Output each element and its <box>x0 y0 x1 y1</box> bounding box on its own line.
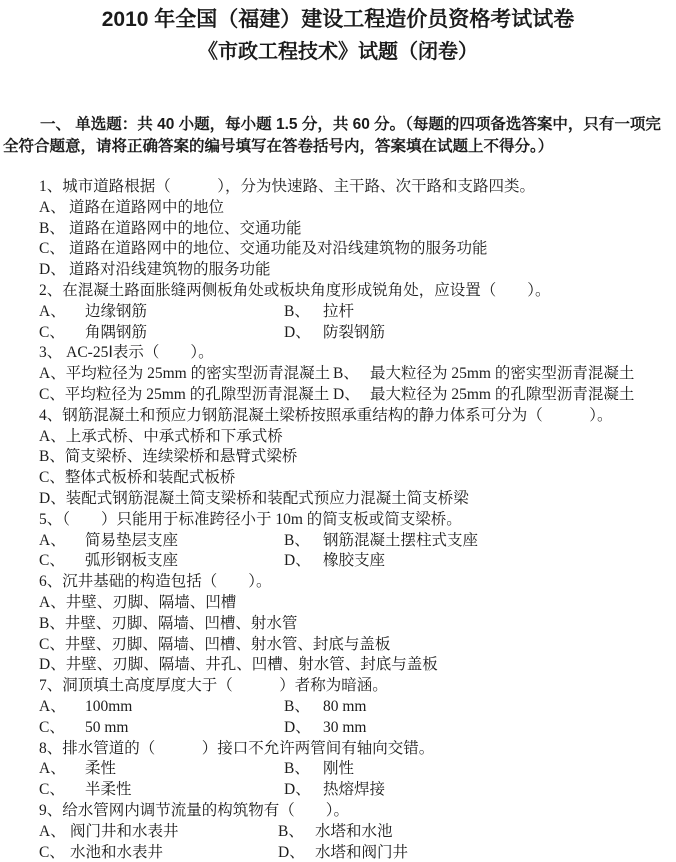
question-2-option-row: A、边缘钢筋B、拉杆 <box>0 302 676 323</box>
option-d: D、防裂钢筋 <box>284 323 385 344</box>
option-b: B、道路在道路网中的地位、交通功能 <box>39 219 302 240</box>
question-6-stem: 6、沉井基础的构造包括（ ）。 <box>0 572 676 593</box>
option-label: D、 <box>284 551 323 572</box>
option-text: 装配式钢筋混凝土简支梁桥和装配式预应力混凝土简支桥梁 <box>66 490 469 507</box>
option-a: A、阀门井和水表井 <box>39 822 278 843</box>
question-5-option-row: C、弧形钢板支座D、橡胶支座 <box>0 551 676 572</box>
question-8-option-row: A、柔性B、刚性 <box>0 759 676 780</box>
option-c: C、水池和水表井 <box>39 843 278 862</box>
question-list: 1、城市道路根据（ ），分为快速路、主干路、次干路和支路四类。A、道路在道路网中… <box>0 177 676 862</box>
option-label: D、 <box>284 718 323 739</box>
option-label: D、 <box>278 843 315 862</box>
option-text: 水塔和阀门井 <box>315 844 408 861</box>
option-label: B、 <box>284 697 323 718</box>
option-label: C、 <box>39 386 65 403</box>
option-b: B、钢筋混凝土摆柱式支座 <box>284 531 478 552</box>
question-5-stem: 5、（ ）只能用于标准跨径小于 10m 的简支板或简支梁桥。 <box>0 510 676 531</box>
question-4-option-row: C、整体式板桥和装配式板桥 <box>0 468 676 489</box>
question-9-stem: 9、给水管网内调节流量的构筑物有（ ）。 <box>0 801 676 822</box>
option-text: 简支梁桥、连续梁桥和悬臂式梁桥 <box>65 448 298 465</box>
option-text: 橡胶支座 <box>323 552 385 569</box>
option-label: B、 <box>284 531 323 552</box>
option-text: 水塔和水池 <box>315 823 393 840</box>
option-c: C、弧形钢板支座 <box>39 551 284 572</box>
option-label: A、 <box>39 302 85 323</box>
option-label: A、 <box>39 594 66 611</box>
option-label: B、 <box>39 615 65 632</box>
option-text: 道路对沿线建筑物的服务功能 <box>69 261 271 278</box>
option-text: 角隅钢筋 <box>85 324 147 341</box>
option-label: D、 <box>39 656 66 673</box>
option-text: 整体式板桥和装配式板桥 <box>65 469 236 486</box>
option-label: C、 <box>39 636 65 653</box>
question-4-option-row: A、上承式桥、中承式桥和下承式桥 <box>0 427 676 448</box>
option-a: A、100mm <box>39 697 284 718</box>
option-label: D、 <box>39 260 69 281</box>
option-b: B、刚性 <box>284 759 354 780</box>
paper-title-line1: 2010 年全国（福建）建设工程造价员资格考试试卷 <box>0 3 676 33</box>
option-text: 道路在道路网中的地位、交通功能及对沿线建筑物的服务功能 <box>69 240 488 257</box>
option-d: D、装配式钢筋混凝土简支梁桥和装配式预应力混凝土简支桥梁 <box>39 489 469 510</box>
option-d: D、橡胶支座 <box>284 551 385 572</box>
option-text: 弧形钢板支座 <box>85 552 178 569</box>
option-b: B、80 mm <box>284 697 367 718</box>
option-label: B、 <box>333 364 370 385</box>
option-d: D、热熔焊接 <box>284 780 385 801</box>
option-c: C、平均粒径为 25mm 的孔隙型沥青混凝土 <box>39 385 333 406</box>
option-c: C、整体式板桥和装配式板桥 <box>39 468 235 489</box>
option-text: 井壁、刃脚、隔墙、凹槽、射水管、封底与盖板 <box>65 636 391 653</box>
option-b: B、水塔和水池 <box>278 822 393 843</box>
question-1-option-row: B、道路在道路网中的地位、交通功能 <box>0 219 676 240</box>
question-4-stem: 4、钢筋混凝土和预应力钢筋混凝土梁桥按照承重结构的静力体系可分为（ ）。 <box>0 406 676 427</box>
question-7-option-row: A、100mmB、80 mm <box>0 697 676 718</box>
option-label: D、 <box>333 385 370 406</box>
option-text: 井壁、刃脚、隔墙、凹槽、射水管 <box>65 615 298 632</box>
option-text: 钢筋混凝土摆柱式支座 <box>323 532 478 549</box>
section-instructions: 一、 单选题：共 40 小题，每小题 1.5 分，共 60 分。（每题的四项备选… <box>3 114 674 158</box>
option-b: B、最大粒径为 25mm 的密实型沥青混凝土 <box>333 364 634 385</box>
option-text: 最大粒径为 25mm 的孔隙型沥青混凝土 <box>370 386 634 403</box>
question-1-stem: 1、城市道路根据（ ），分为快速路、主干路、次干路和支路四类。 <box>0 177 676 198</box>
option-label: D、 <box>284 323 323 344</box>
option-a: A、边缘钢筋 <box>39 302 284 323</box>
option-a: A、平均粒径为 25mm 的密实型沥青混凝土 <box>39 364 333 385</box>
option-a: A、井壁、刃脚、隔墙、凹槽 <box>39 593 236 614</box>
option-label: B、 <box>278 822 315 843</box>
question-8-stem: 8、排水管道的（ ）接口不允许两管间有轴向交错。 <box>0 739 676 760</box>
option-text: 30 mm <box>323 719 367 736</box>
option-text: 最大粒径为 25mm 的密实型沥青混凝土 <box>370 365 634 382</box>
option-text: 80 mm <box>323 698 367 715</box>
question-2-option-row: C、角隅钢筋D、防裂钢筋 <box>0 323 676 344</box>
question-3-stem: 3、 AC-25Ⅰ表示（ ）。 <box>0 343 676 364</box>
option-text: 防裂钢筋 <box>323 324 385 341</box>
question-9-option-row: C、水池和水表井D、水塔和阀门井 <box>0 843 676 862</box>
option-b: B、井壁、刃脚、隔墙、凹槽、射水管 <box>39 614 297 635</box>
option-text: 100mm <box>85 698 132 715</box>
option-text: 热熔焊接 <box>323 781 385 798</box>
option-text: 井壁、刃脚、隔墙、凹槽 <box>66 594 237 611</box>
question-8-option-row: C、半柔性D、热熔焊接 <box>0 780 676 801</box>
option-a: A、道路在道路网中的地位 <box>39 198 224 219</box>
option-label: B、 <box>284 759 323 780</box>
question-7-option-row: C、50 mmD、30 mm <box>0 718 676 739</box>
question-4-option-row: B、简支梁桥、连续梁桥和悬臂式梁桥 <box>0 447 676 468</box>
exam-paper-page: 2010 年全国（福建）建设工程造价员资格考试试卷 《市政工程技术》试题（闭卷）… <box>0 0 676 862</box>
option-a: A、简易垫层支座 <box>39 531 284 552</box>
question-6-option-row: A、井壁、刃脚、隔墙、凹槽 <box>0 593 676 614</box>
option-text: 拉杆 <box>323 303 354 320</box>
question-6-option-row: B、井壁、刃脚、隔墙、凹槽、射水管 <box>0 614 676 635</box>
option-d: D、井壁、刃脚、隔墙、井孔、凹槽、射水管、封底与盖板 <box>39 655 438 676</box>
option-text: 井壁、刃脚、隔墙、井孔、凹槽、射水管、封底与盖板 <box>66 656 438 673</box>
option-a: A、柔性 <box>39 759 284 780</box>
option-label: C、 <box>39 323 85 344</box>
option-label: A、 <box>39 697 85 718</box>
option-label: C、 <box>39 718 85 739</box>
option-text: 水池和水表井 <box>70 844 163 861</box>
option-text: 平均粒径为 25mm 的密实型沥青混凝土 <box>66 365 330 382</box>
question-5-option-row: A、简易垫层支座B、钢筋混凝土摆柱式支座 <box>0 531 676 552</box>
option-c: C、角隅钢筋 <box>39 323 284 344</box>
option-label: A、 <box>39 759 85 780</box>
option-label: C、 <box>39 239 69 260</box>
question-7-stem: 7、洞顶填土高度厚度大于（ ）者称为暗涵。 <box>0 676 676 697</box>
option-label: D、 <box>39 490 66 507</box>
option-label: A、 <box>39 531 85 552</box>
instructions-line-2: 全符合题意，请将正确答案的编号填写在答卷括号内，答案填在试题上不得分。） <box>3 136 674 158</box>
option-text: 半柔性 <box>85 781 132 798</box>
paper-title-line2: 《市政工程技术》试题（闭卷） <box>0 35 676 64</box>
option-text: 道路在道路网中的地位 <box>69 199 224 216</box>
question-1-option-row: A、道路在道路网中的地位 <box>0 198 676 219</box>
question-3-option-row: C、平均粒径为 25mm 的孔隙型沥青混凝土D、最大粒径为 25mm 的孔隙型沥… <box>0 385 676 406</box>
option-text: 阀门井和水表井 <box>70 823 179 840</box>
question-2-stem: 2、在混凝土路面胀缝两侧板角处或板块角度形成锐角处，应设置（ ）。 <box>0 281 676 302</box>
option-text: 柔性 <box>85 760 116 777</box>
option-d: D、最大粒径为 25mm 的孔隙型沥青混凝土 <box>333 385 634 406</box>
option-b: B、简支梁桥、连续梁桥和悬臂式梁桥 <box>39 447 297 468</box>
option-label: A、 <box>39 428 66 445</box>
question-1-option-row: C、道路在道路网中的地位、交通功能及对沿线建筑物的服务功能 <box>0 239 676 260</box>
option-label: B、 <box>39 219 69 240</box>
option-label: D、 <box>284 780 323 801</box>
option-c: C、道路在道路网中的地位、交通功能及对沿线建筑物的服务功能 <box>39 239 488 260</box>
option-c: C、50 mm <box>39 718 284 739</box>
question-6-option-row: C、井壁、刃脚、隔墙、凹槽、射水管、封底与盖板 <box>0 635 676 656</box>
option-d: D、水塔和阀门井 <box>278 843 408 862</box>
question-9-option-row: A、阀门井和水表井B、水塔和水池 <box>0 822 676 843</box>
option-text: 刚性 <box>323 760 354 777</box>
option-label: C、 <box>39 469 65 486</box>
option-text: 50 mm <box>85 719 129 736</box>
option-label: A、 <box>39 822 70 843</box>
option-label: A、 <box>39 365 66 382</box>
instructions-line-1: 一、 单选题：共 40 小题，每小题 1.5 分，共 60 分。（每题的四项备选… <box>3 114 674 136</box>
option-text: 平均粒径为 25mm 的孔隙型沥青混凝土 <box>65 386 329 403</box>
option-c: C、半柔性 <box>39 780 284 801</box>
question-3-option-row: A、平均粒径为 25mm 的密实型沥青混凝土B、最大粒径为 25mm 的密实型沥… <box>0 364 676 385</box>
option-label: B、 <box>39 448 65 465</box>
option-text: 简易垫层支座 <box>85 532 178 549</box>
question-1-option-row: D、道路对沿线建筑物的服务功能 <box>0 260 676 281</box>
option-label: C、 <box>39 843 70 862</box>
option-text: 道路在道路网中的地位、交通功能 <box>69 220 302 237</box>
option-label: A、 <box>39 198 69 219</box>
option-label: C、 <box>39 780 85 801</box>
option-c: C、井壁、刃脚、隔墙、凹槽、射水管、封底与盖板 <box>39 635 390 656</box>
question-4-option-row: D、装配式钢筋混凝土简支梁桥和装配式预应力混凝土简支桥梁 <box>0 489 676 510</box>
question-6-option-row: D、井壁、刃脚、隔墙、井孔、凹槽、射水管、封底与盖板 <box>0 655 676 676</box>
option-label: C、 <box>39 551 85 572</box>
option-text: 上承式桥、中承式桥和下承式桥 <box>66 428 283 445</box>
option-d: D、30 mm <box>284 718 367 739</box>
option-b: B、拉杆 <box>284 302 354 323</box>
option-d: D、道路对沿线建筑物的服务功能 <box>39 260 271 281</box>
option-label: B、 <box>284 302 323 323</box>
option-text: 边缘钢筋 <box>85 303 147 320</box>
option-a: A、上承式桥、中承式桥和下承式桥 <box>39 427 283 448</box>
